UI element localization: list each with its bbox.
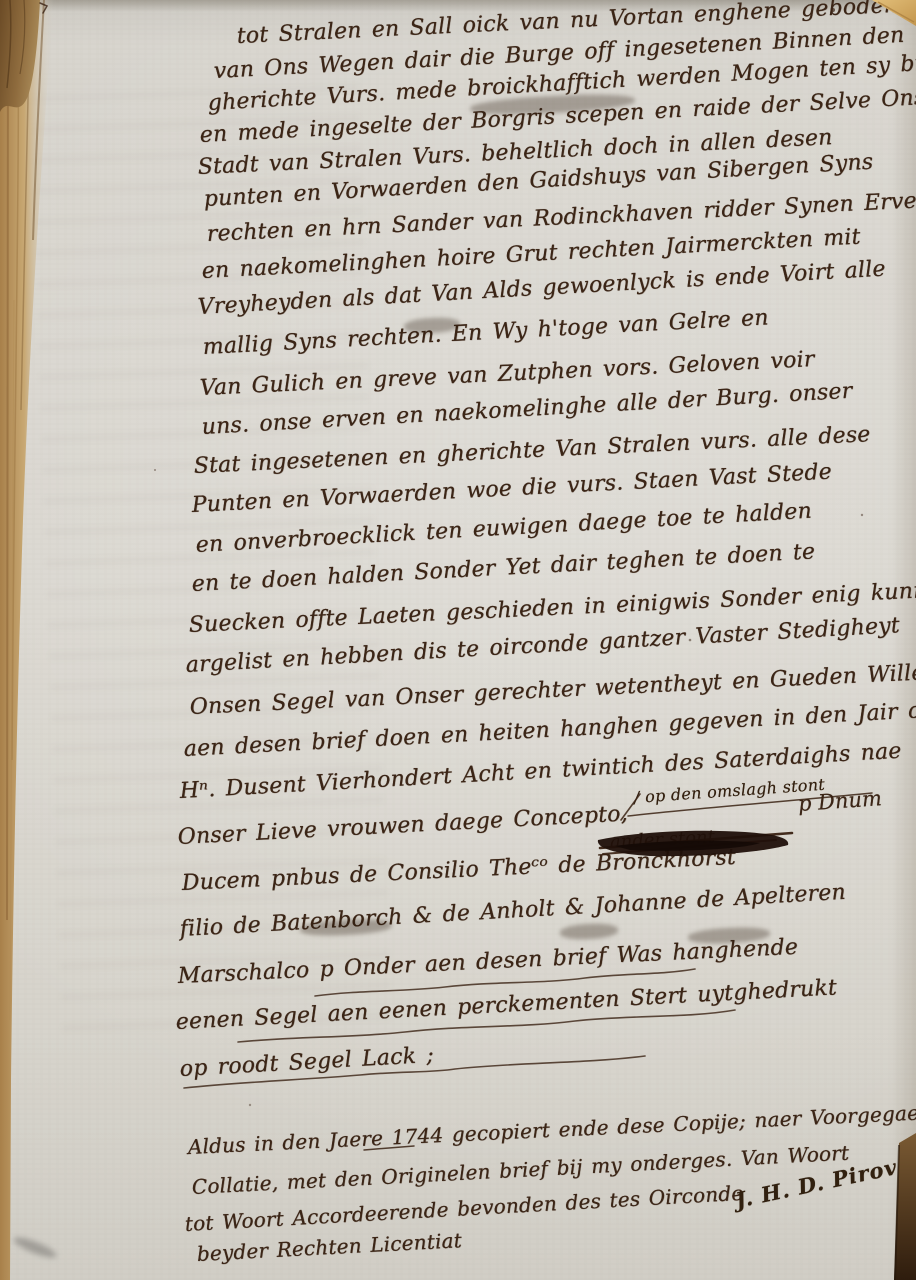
interlinear-insertion: / op den omslagh stont [633,775,825,807]
pencil-smudge [12,1234,59,1261]
chancery-note: p Dnum [797,786,882,816]
wood-corner [0,0,40,112]
margin-pen-mark [40,3,47,13]
reinked-word-patch [560,922,619,940]
manuscript-line: Onser Lieve vrouwen daege Concepto, [177,800,628,852]
manuscript-line: op roodt Segel Lack ; [179,1042,435,1084]
manuscript-page: tot Stralen en Sall oick van nu Vortan e… [0,0,916,1280]
insertion-caret: / [633,788,640,807]
book-fore-edge [0,0,54,1280]
